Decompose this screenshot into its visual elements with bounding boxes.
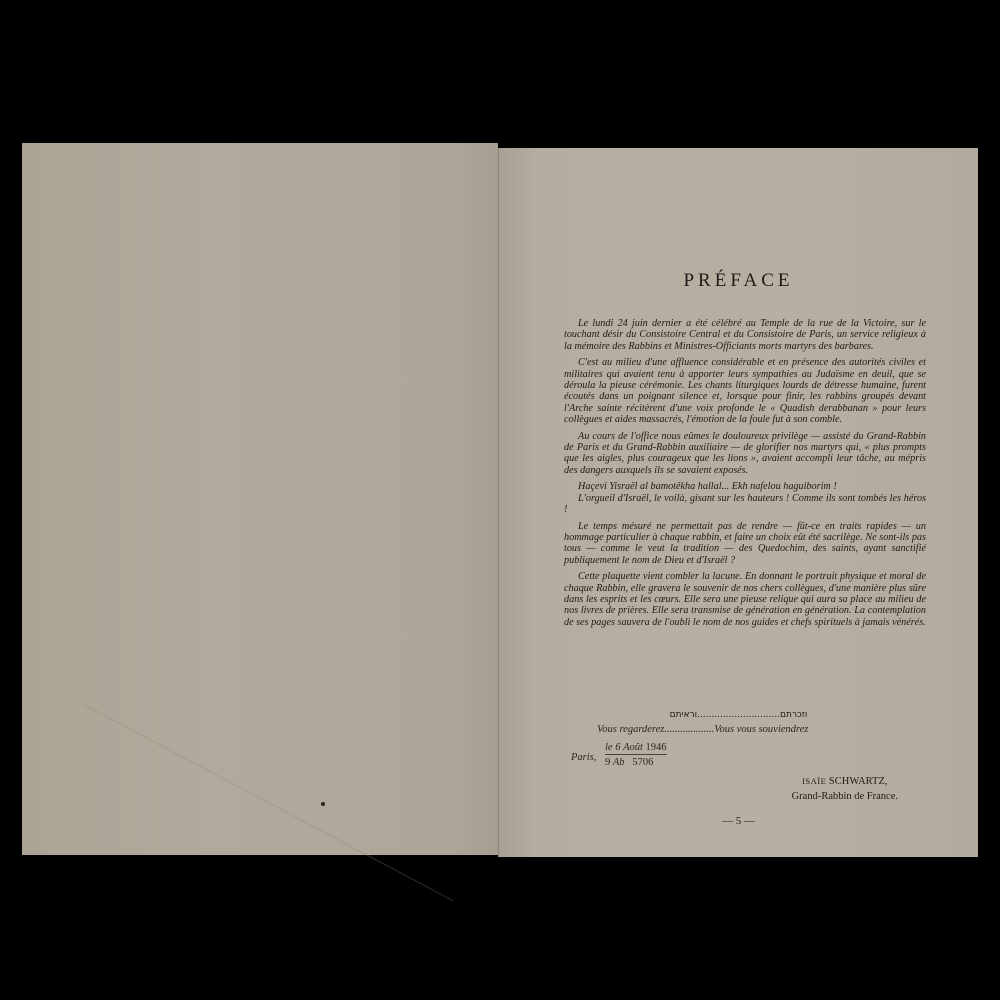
ink-speck	[321, 802, 325, 806]
signatory-name: Isaïe SCHWARTZ,	[792, 774, 898, 789]
signatory-first-name: Isaïe	[802, 776, 826, 786]
gregorian-month: Août	[623, 742, 643, 753]
page-number: — 5 —	[499, 815, 978, 827]
signature-block: Isaïe SCHWARTZ, Grand-Rabbin de France.	[792, 774, 898, 804]
hebrew-year: 5706	[632, 757, 653, 768]
gregorian-year: 1946	[646, 742, 667, 753]
paragraph-4-translation: L'orgueil d'Israël, le voilà, gisant sur…	[564, 493, 926, 516]
hebrew-day: 9	[605, 757, 610, 768]
paragraph-1: Le lundi 24 juin dernier a été célébré a…	[564, 318, 926, 352]
signatory-last-name: SCHWARTZ,	[829, 776, 888, 787]
date-city: Paris,	[571, 752, 596, 763]
gregorian-prefix: le 6	[605, 742, 620, 753]
paragraph-5: Le temps mésuré ne permettait pas de ren…	[564, 521, 926, 567]
hebrew-quote-line: וזכרתם.............................וראית…	[499, 710, 978, 720]
left-page	[22, 143, 498, 855]
right-page: PRÉFACE Le lundi 24 juin dernier a été c…	[498, 148, 978, 857]
french-quote-line: Vous regarderez...................Vous v…	[597, 724, 808, 735]
paragraph-4-hebrew-transliteration: Haçevi Yisraël al bamotêkha hallal... Ek…	[564, 481, 926, 492]
hebrew-month: Ab	[613, 757, 625, 768]
paragraph-2: C'est au milieu d'une affluence considér…	[564, 357, 926, 425]
paragraph-3: Au cours de l'office nous eûmes le doulo…	[564, 431, 926, 477]
signatory-title: Grand-Rabbin de France.	[792, 789, 898, 804]
paragraph-6: Cette plaquette vient combler la lacune.…	[564, 571, 926, 628]
gregorian-date: le 6 Août 1946	[605, 742, 667, 755]
date-fraction: le 6 Août 1946 9 Ab 5706	[605, 742, 667, 768]
page-title: PRÉFACE	[499, 270, 978, 292]
paper-crease	[82, 703, 453, 901]
hebrew-date: 9 Ab 5706	[605, 755, 667, 768]
preface-body: Le lundi 24 juin dernier a été célébré a…	[564, 318, 926, 633]
